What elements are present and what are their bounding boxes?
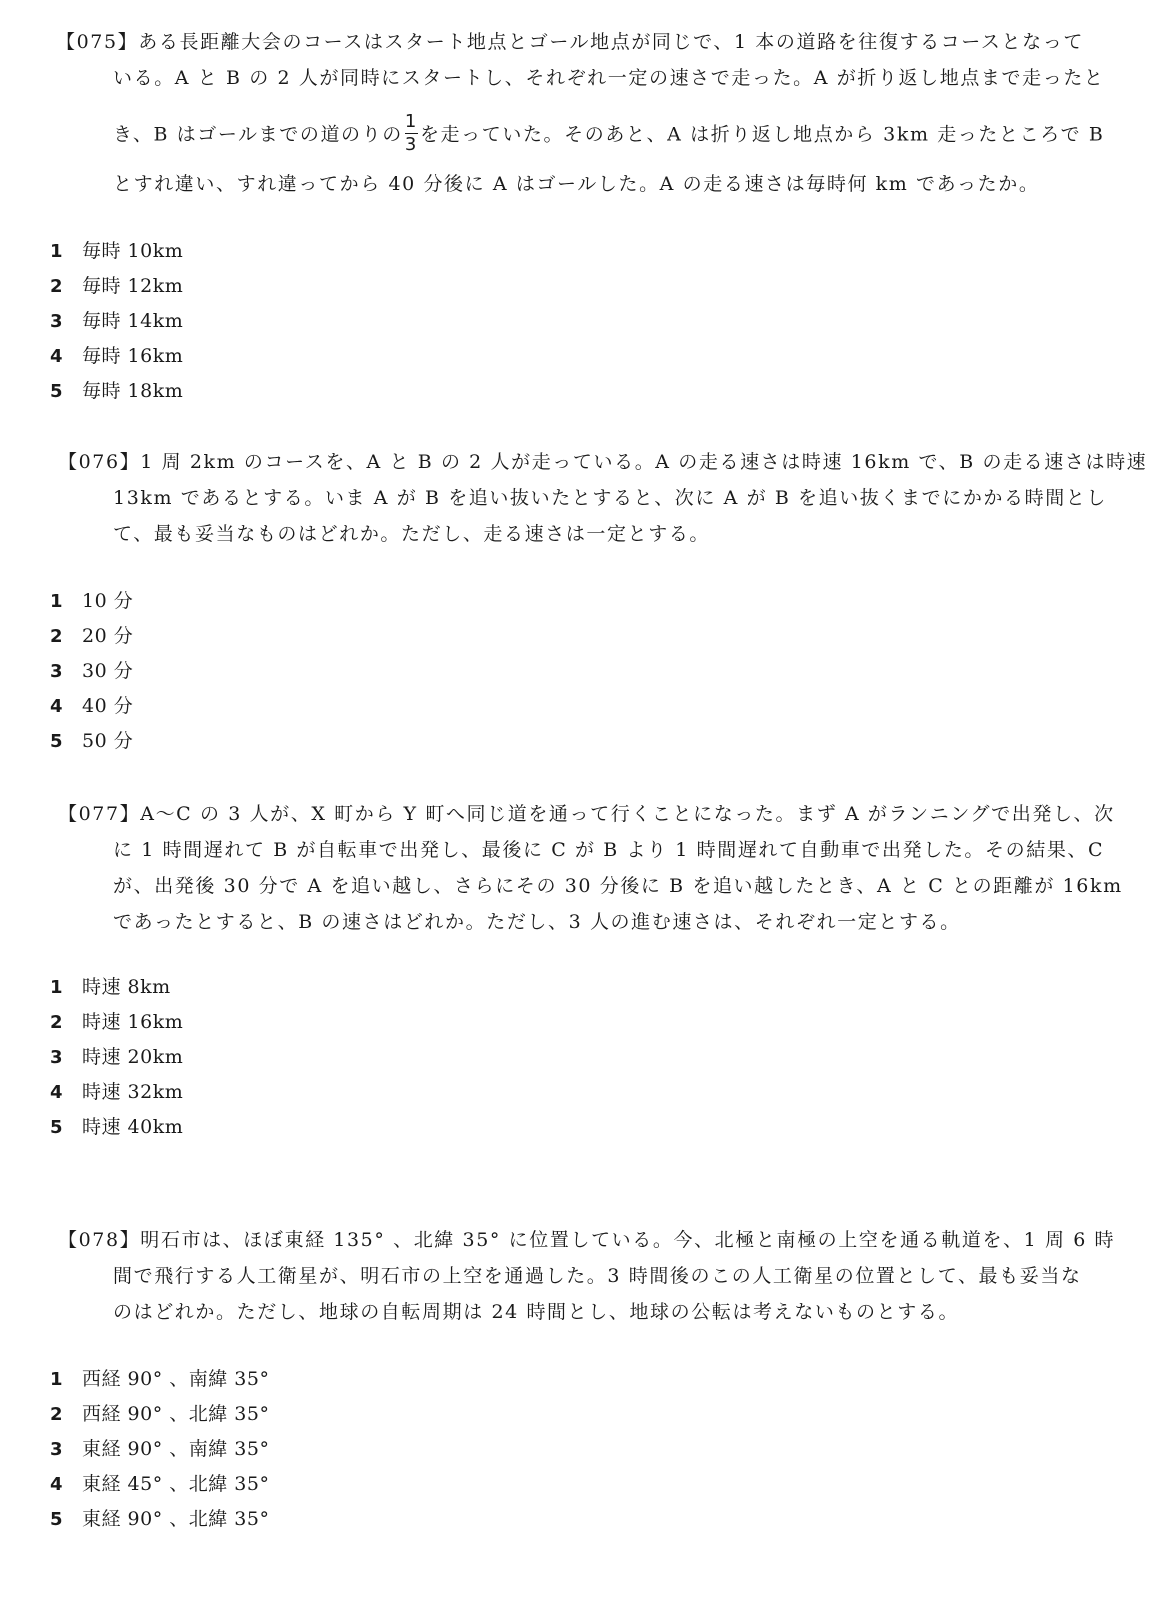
choice-text: 毎時 16km (82, 345, 183, 367)
choice-number: 1 (50, 587, 82, 617)
choice-number: 1 (50, 237, 82, 267)
choice-2: 2毎時 12km (50, 271, 183, 301)
choice-number: 5 (50, 727, 82, 757)
question-line: のはどれか。ただし、地球の自転周期は 24 時間とし、地球の公転は考えないものと… (113, 1294, 959, 1330)
question-line: であったとすると、B の速さはどれか。ただし、3 人の進む速さは、それぞれ一定と… (113, 904, 961, 940)
choice-text: 30 分 (82, 660, 133, 682)
question-line: 13km であるとする。いま A が B を追い抜いたとすると、次に A が B… (113, 480, 1107, 516)
choice-number: 2 (50, 622, 82, 652)
choice-text: 東経 90° 、南緯 35° (82, 1438, 269, 1460)
choice-text: 西経 90° 、南緯 35° (82, 1368, 269, 1390)
choice-number: 2 (50, 1008, 82, 1038)
choice-number: 5 (50, 377, 82, 407)
fraction-numerator: 1 (405, 112, 418, 132)
question-line: 【078】明石市は、ほぼ東経 135° 、北緯 35° に位置している。今、北極… (58, 1222, 1115, 1258)
choice-text: 40 分 (82, 695, 133, 717)
choice-text: 毎時 12km (82, 275, 183, 297)
choice-text: 東経 90° 、北緯 35° (82, 1508, 269, 1530)
fraction-denominator: 3 (405, 135, 418, 155)
choice-number: 3 (50, 307, 82, 337)
choice-4: 4毎時 16km (50, 341, 183, 371)
question-line: 【077】A〜C の 3 人が、X 町から Y 町へ同じ道を通って行くことになっ… (58, 796, 1115, 832)
choice-text: 時速 20km (82, 1046, 183, 1068)
choice-text: 20 分 (82, 625, 133, 647)
choice-text: 時速 40km (82, 1116, 183, 1138)
question-line-with-fraction: き、B はゴールまでの道のりの13を走っていた。そのあと、A は折り返し地点から… (113, 114, 1104, 157)
choice-text: 10 分 (82, 590, 133, 612)
choice-text: 毎時 14km (82, 310, 183, 332)
choice-number: 1 (50, 973, 82, 1003)
question-line-part: を走っていた。そのあと、A は折り返し地点から 3km 走ったところで B (420, 124, 1104, 146)
choice-number: 2 (50, 272, 82, 302)
choice-number: 5 (50, 1113, 82, 1143)
choice-3: 3毎時 14km (50, 306, 183, 336)
question-line: 【075】ある長距離大会のコースはスタート地点とゴール地点が同じで、1 本の道路… (56, 24, 1084, 60)
choice-2: 220 分 (50, 621, 133, 651)
choice-4: 4時速 32km (50, 1077, 183, 1107)
choice-2: 2西経 90° 、北緯 35° (50, 1399, 269, 1429)
choice-2: 2時速 16km (50, 1007, 183, 1037)
choice-number: 4 (50, 342, 82, 372)
choice-number: 3 (50, 1435, 82, 1465)
choice-1: 1時速 8km (50, 972, 171, 1002)
choice-text: 西経 90° 、北緯 35° (82, 1403, 269, 1425)
question-line: て、最も妥当なものはどれか。ただし、走る速さは一定とする。 (113, 516, 710, 552)
choice-5: 5毎時 18km (50, 376, 183, 406)
choice-text: 毎時 10km (82, 240, 183, 262)
choice-text: 時速 16km (82, 1011, 183, 1033)
choice-5: 5時速 40km (50, 1112, 183, 1142)
choice-text: 時速 8km (82, 976, 171, 998)
choice-3: 3東経 90° 、南緯 35° (50, 1434, 269, 1464)
choice-3: 3時速 20km (50, 1042, 183, 1072)
question-line: が、出発後 30 分で A を追い越し、さらにその 30 分後に B を追い越し… (113, 868, 1123, 904)
fraction-one-third: 13 (405, 112, 418, 155)
question-line: 間で飛行する人工衛星が、明石市の上空を通過した。3 時間後のこの人工衛星の位置と… (113, 1258, 1082, 1294)
choice-5: 5東経 90° 、北緯 35° (50, 1504, 269, 1534)
choice-4: 4東経 45° 、北緯 35° (50, 1469, 269, 1499)
choice-number: 3 (50, 1043, 82, 1073)
choice-number: 4 (50, 692, 82, 722)
choice-1: 110 分 (50, 586, 133, 616)
choice-text: 東経 45° 、北緯 35° (82, 1473, 269, 1495)
choice-3: 330 分 (50, 656, 133, 686)
choice-number: 4 (50, 1470, 82, 1500)
choice-text: 毎時 18km (82, 380, 183, 402)
question-line: に 1 時間遅れて B が自転車で出発し、最後に C が B より 1 時間遅れ… (113, 832, 1104, 868)
choice-1: 1毎時 10km (50, 236, 183, 266)
choice-number: 1 (50, 1365, 82, 1395)
choice-4: 440 分 (50, 691, 133, 721)
choice-1: 1西経 90° 、南緯 35° (50, 1364, 269, 1394)
choice-number: 2 (50, 1400, 82, 1430)
choice-text: 50 分 (82, 730, 133, 752)
choice-5: 550 分 (50, 726, 133, 756)
question-line: 【076】1 周 2km のコースを、A と B の 2 人が走っている。A の… (58, 444, 1147, 480)
question-line: いる。A と B の 2 人が同時にスタートし、それぞれ一定の速さで走った。A … (113, 60, 1105, 96)
question-line: とすれ違い、すれ違ってから 40 分後に A はゴールした。A の走る速さは毎時… (113, 166, 1039, 202)
choice-number: 5 (50, 1505, 82, 1535)
choice-number: 4 (50, 1078, 82, 1108)
question-line-part: き、B はゴールまでの道のりの (113, 124, 403, 146)
choice-text: 時速 32km (82, 1081, 183, 1103)
choice-number: 3 (50, 657, 82, 687)
